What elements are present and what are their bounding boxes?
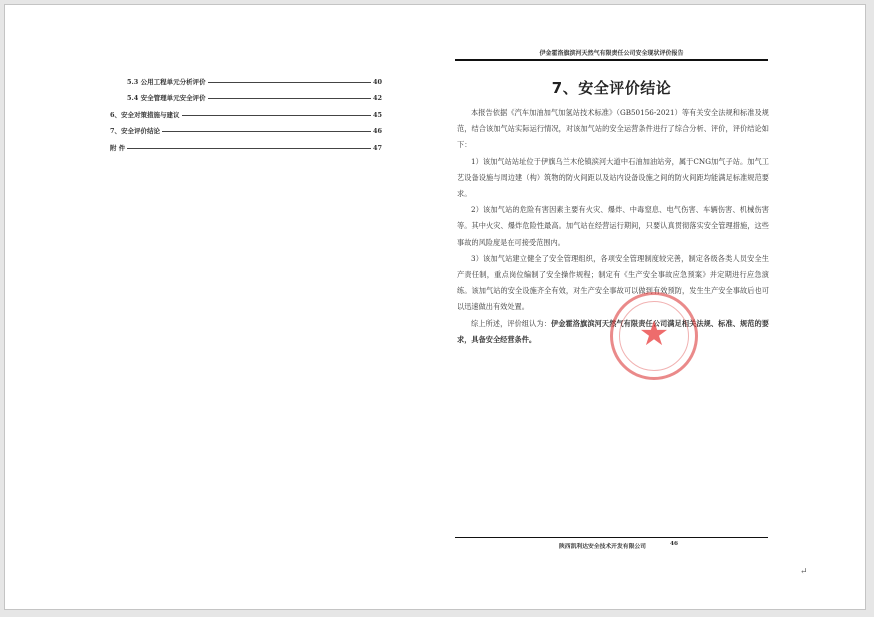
toc-entry[interactable]: 5.4 安全管理单元安全评价42 bbox=[110, 86, 382, 103]
toc-leader bbox=[208, 82, 371, 83]
toc-leader bbox=[127, 148, 371, 149]
toc-leader bbox=[182, 115, 371, 116]
toc-entry-label: 6、安全对策措施与建议 bbox=[110, 110, 180, 119]
toc-entry-page: 45 bbox=[373, 111, 382, 119]
seal-star-icon: ★ bbox=[613, 317, 695, 351]
footer-page-number: 46 bbox=[670, 541, 678, 547]
paragraph-mark-icon: ↵ bbox=[800, 567, 808, 577]
paragraph-intro: 本报告依据《汽车加油加气加氢站技术标准》（GB50156-2021）等有关安全法… bbox=[457, 105, 769, 154]
toc-entry-label: 5.4 安全管理单元安全评价 bbox=[127, 93, 206, 102]
section-title: 7、安全评价结论 bbox=[455, 77, 768, 98]
paragraph-2: 2）该加气站的危险有害因素主要有火灾、爆炸、中毒窒息、电气伤害、车辆伤害、机械伤… bbox=[457, 202, 769, 251]
toc-entry-label: 附 件 bbox=[110, 143, 125, 152]
section-body: 本报告依据《汽车加油加气加氢站技术标准》（GB50156-2021）等有关安全法… bbox=[457, 105, 769, 348]
company-seal-stamp: ★ bbox=[610, 292, 698, 380]
toc-leader bbox=[208, 98, 371, 99]
toc-entry[interactable]: 6、安全对策措施与建议45 bbox=[110, 102, 382, 119]
header-rule bbox=[455, 59, 768, 61]
toc-entry[interactable]: 7、安全评价结论46 bbox=[110, 119, 382, 136]
toc-entry-page: 42 bbox=[373, 94, 382, 102]
toc-entry[interactable]: 附 件47 bbox=[110, 135, 382, 152]
toc-leader bbox=[162, 131, 371, 132]
footer-company: 陕西凯利达安全技术开发有限公司 bbox=[559, 541, 646, 550]
paragraph-1: 1）该加气站站址位于伊旗乌兰木伦镇滨河大道中石油加油站旁，属于CNG加气子站。加… bbox=[457, 154, 769, 203]
conclusion-prefix: 综上所述，评价组认为： bbox=[471, 319, 551, 328]
document-page: 5.3 公用工程单元分析评价405.4 安全管理单元安全评价426、安全对策措施… bbox=[4, 4, 866, 610]
table-of-contents: 5.3 公用工程单元分析评价405.4 安全管理单元安全评价426、安全对策措施… bbox=[110, 69, 382, 152]
page-header: 伊金霍洛旗滨河天然气有限责任公司安全现状评价报告 bbox=[455, 48, 768, 57]
toc-entry-page: 40 bbox=[373, 78, 382, 86]
toc-entry-page: 46 bbox=[373, 127, 382, 135]
toc-entry[interactable]: 5.3 公用工程单元分析评价40 bbox=[110, 69, 382, 86]
toc-entry-page: 47 bbox=[373, 144, 382, 152]
paragraph-3: 3）该加气站建立健全了安全管理组织，各项安全管理制度较完善，制定各级各类人员安全… bbox=[457, 251, 769, 316]
footer-rule bbox=[455, 537, 768, 538]
toc-entry-label: 5.3 公用工程单元分析评价 bbox=[127, 77, 206, 86]
toc-entry-label: 7、安全评价结论 bbox=[110, 126, 160, 135]
